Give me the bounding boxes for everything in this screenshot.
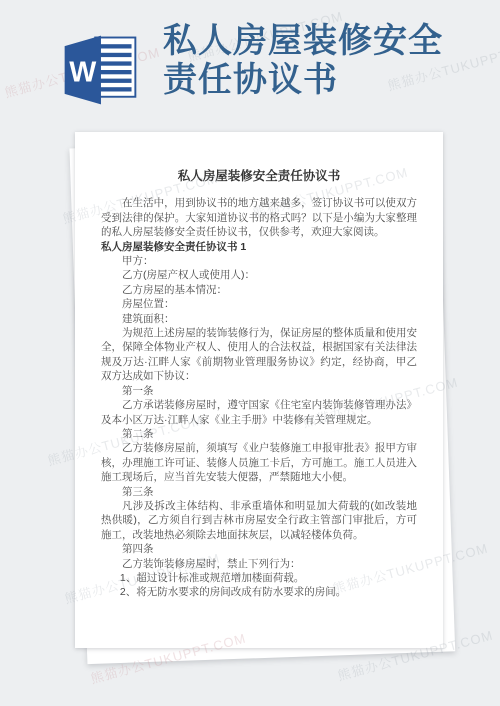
doc-clause-label: 第四条	[101, 542, 417, 556]
doc-paragraph: 乙方承诺装修房屋时，遵守国家《住宅室内装饰装修管理办法》及本小区万达·江畔人家《…	[101, 398, 417, 427]
doc-line: 建筑面积：	[101, 312, 417, 326]
doc-heading: 私人房屋装修安全责任协议书 1	[101, 240, 417, 254]
doc-clause-label: 第一条	[101, 384, 417, 398]
doc-paragraph: 在生活中，用到协议书的地方越来越多，签订协议书可以使双方受到法律的保护。大家知道…	[101, 196, 417, 239]
doc-title: 私人房屋装修安全责任协议书	[101, 169, 417, 183]
doc-list-item: 1、超过设计标准或规范增加楼面荷载。	[101, 571, 417, 585]
doc-line: 乙方房屋的基本情况：	[101, 283, 417, 297]
doc-line: 房屋位置：	[101, 297, 417, 311]
doc-paragraph: 为规范上述房屋的装饰装修行为，保证房屋的整体质量和使用安全，保障全体物业产权人、…	[101, 326, 417, 384]
doc-paragraph: 凡涉及拆改主体结构、非承重墙体和明显加大荷载的(如改装地热供暖)，乙方须自行到吉…	[101, 499, 417, 542]
doc-clause-label: 第二条	[101, 427, 417, 441]
doc-line: 甲方：	[101, 254, 417, 268]
doc-paragraph: 乙方装修房屋前，须填写《业户装修施工申报审批表》报甲方审核，办理施工许可证、装修…	[101, 441, 417, 484]
doc-clause-label: 第三条	[101, 485, 417, 499]
doc-line: 乙方(房屋产权人或使用人)：	[101, 268, 417, 282]
doc-list-item: 2、将无防水要求的房间改成有防水要求的房间。	[101, 585, 417, 599]
doc-line: 乙方装饰装修房屋时，禁止下列行为：	[101, 557, 417, 571]
document-page: 私人房屋装修安全责任协议书 在生活中，用到协议书的地方越来越多，签订协议书可以使…	[75, 132, 443, 648]
document-preview: 私人房屋装修安全责任协议书 在生活中，用到协议书的地方越来越多，签订协议书可以使…	[0, 0, 500, 706]
